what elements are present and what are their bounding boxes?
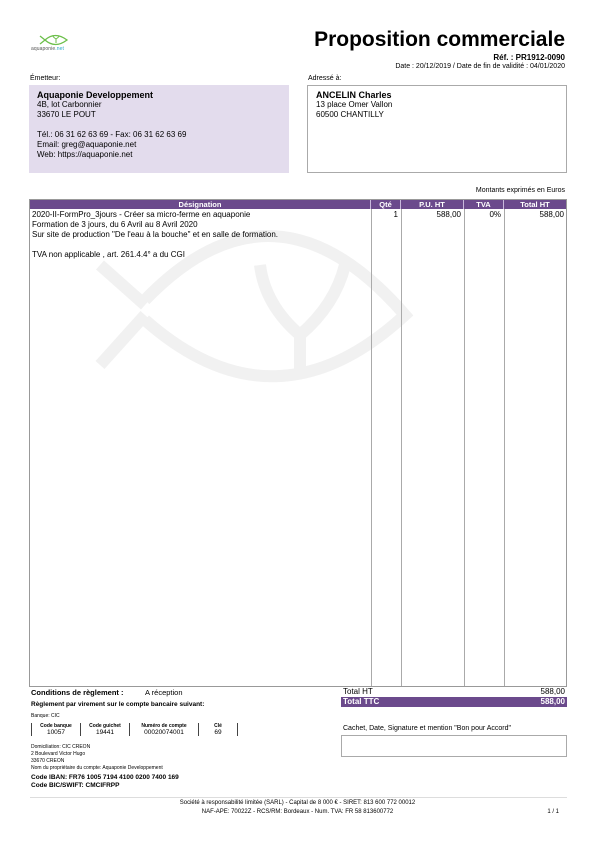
row-line xyxy=(32,240,367,250)
emitter-label: Émetteur: xyxy=(30,75,60,82)
header-vat: TVA xyxy=(464,200,504,209)
emitter-phone: Tél.: 06 31 62 63 69 - Fax: 06 31 62 63 … xyxy=(37,130,281,140)
domiciliation: Domiciliation: CIC CREON 2 Boulevard Vic… xyxy=(31,744,163,772)
bank-details-table: Code banque 10057 Code guichet 19441 Num… xyxy=(31,723,239,736)
signature-label: Cachet, Date, Signature et mention "Bon … xyxy=(343,725,511,732)
payment-conditions-label: Conditions de règlement : xyxy=(31,688,124,697)
header-qty: Qté xyxy=(371,200,401,209)
recipient-name: ANCELIN Charles xyxy=(316,90,558,100)
iban-bic: Code IBAN: FR76 1005 7194 4100 0200 7400… xyxy=(31,774,179,790)
emitter-name: Aquaponie Developpement xyxy=(37,90,281,100)
account-number-cell: Numéro de compte 00020074001 xyxy=(129,723,198,736)
footer-divider xyxy=(30,797,567,798)
bank-code-cell: Code banque 10057 xyxy=(31,723,80,736)
emitter-email[interactable]: Email: greg@aquaponie.net xyxy=(37,140,281,150)
recipient-block: ANCELIN Charles 13 place Omer Vallon 605… xyxy=(307,85,567,173)
reference-number: Réf. : PR1912-0090 xyxy=(493,53,565,62)
recipient-address2: 60500 CHANTILLY xyxy=(316,110,558,120)
signature-box[interactable] xyxy=(341,735,567,757)
emitter-block: Aquaponie Developpement 4B, lot Carbonni… xyxy=(29,85,289,173)
transfer-label: Règlement par virement sur le compte ban… xyxy=(31,701,204,708)
table-header: Désignation Qté P.U. HT TVA Total HT xyxy=(30,200,566,209)
items-table: Désignation Qté P.U. HT TVA Total HT 202… xyxy=(29,199,567,687)
recipient-address1: 13 place Omer Vallon xyxy=(316,100,558,110)
branch-code-cell: Code guichet 19441 xyxy=(80,723,129,736)
row-line: 2020-II-FormPro_3jours - Créer sa micro-… xyxy=(32,210,367,220)
header-unit-price: P.U. HT xyxy=(401,200,464,209)
row-line: Sur site de production "De l'eau à la bo… xyxy=(32,230,367,240)
totals-block: Total HT 588,00 Total TTC 588,00 xyxy=(341,687,567,707)
total-ht-row: Total HT 588,00 xyxy=(341,687,567,697)
header-designation: Désignation xyxy=(30,200,371,209)
row-unit-price: 588,00 xyxy=(401,210,461,220)
emitter-address2: 33670 LE POUT xyxy=(37,110,281,120)
emitter-address1: 4B, lot Carbonnier xyxy=(37,100,281,110)
bic-code: Code BIC/SWIFT: CMCIFRPP xyxy=(31,782,179,790)
footer-legal-2: NAF-APE: 70022Z - RCS/RM: Bordeaux - Num… xyxy=(0,809,595,815)
footer-legal-1: Société à responsabilité limitée (SARL) … xyxy=(0,800,595,806)
row-vat: 0% xyxy=(464,210,501,220)
row-total: 588,00 xyxy=(504,210,564,220)
currency-note: Montants exprimés en Euros xyxy=(476,187,565,194)
emitter-web[interactable]: Web: https://aquaponie.net xyxy=(37,150,281,160)
bank-name: Banque: CIC xyxy=(31,713,60,719)
row-line: Formation de 3 jours, du 6 Avril au 8 Av… xyxy=(32,220,367,230)
logo-text: aquaponie.net xyxy=(31,46,64,52)
total-ttc-row: Total TTC 588,00 xyxy=(341,697,567,707)
document-title: Proposition commerciale xyxy=(314,28,565,52)
row-line: TVA non applicable , art. 261.4.4° a du … xyxy=(32,250,367,260)
header-total: Total HT xyxy=(504,200,566,209)
key-cell: Clé 69 xyxy=(198,723,237,736)
row-qty: 1 xyxy=(371,210,398,220)
document-dates: Date : 20/12/2019 / Date de fin de valid… xyxy=(395,63,565,70)
payment-conditions-value: A réception xyxy=(145,688,183,697)
page-number: 1 / 1 xyxy=(547,809,559,815)
recipient-label: Adressé à: xyxy=(308,75,341,82)
table-row: 2020-II-FormPro_3jours - Créer sa micro-… xyxy=(32,210,367,260)
iban-code: Code IBAN: FR76 1005 7194 4100 0200 7400… xyxy=(31,774,179,782)
